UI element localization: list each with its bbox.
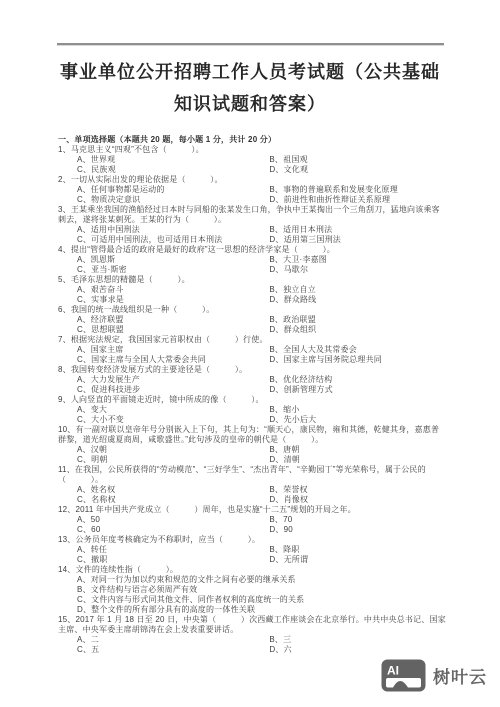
header-divider	[57, 43, 444, 46]
question-list: 1、马克思主义“四观”不包含（ ）。A、世界观B、祖国观C、民族观D、文化观2、…	[58, 145, 447, 655]
option: C、名称权	[77, 495, 269, 505]
option-row: C、大小不变D、先小后大	[58, 415, 447, 425]
question: 12、2011 年中国共产党成立（ ）周年，也是实施“十二五”规划的开局之年。A…	[58, 505, 447, 535]
option: B、三	[269, 635, 447, 645]
option: B、祖国观	[269, 155, 447, 165]
option: D、创新管理方式	[269, 385, 447, 395]
option: A、姓名权	[77, 485, 269, 495]
question: 14、文件的连续性指（ ）。A、对同一行为加以约束和规范的文件之间有必要的继承关…	[58, 565, 447, 615]
question-text: 14、文件的连续性指（ ）。	[58, 565, 447, 575]
watermark-brand: 树叶云	[433, 663, 487, 688]
watermark-logo-text: AI	[387, 664, 399, 678]
page-title-line2: 知识试题和答案）	[174, 94, 326, 114]
option-row: C、五D、六	[58, 645, 447, 655]
option: B、优化经济结构	[269, 375, 447, 385]
option: B、政治联盟	[269, 315, 447, 325]
page-title: 事业单位公开招聘工作人员考试题（公共基础知识试题和答案）	[30, 56, 470, 120]
option: A、艰苦奋斗	[77, 285, 269, 295]
option: B、缩小	[269, 405, 447, 415]
option: D、前进性和曲折性辩证关系原理	[269, 195, 447, 205]
question-text: 9、人向竖直的平面镜走近时，镜中所成的像（ ）。	[58, 395, 447, 405]
option: C、民族观	[77, 165, 269, 175]
option: C、撤职	[77, 555, 269, 565]
option: B、大卫·李嘉图	[269, 255, 447, 265]
option: D、清朝	[269, 455, 447, 465]
option: C、实事求是	[77, 295, 269, 305]
question: 10、有一副对联以皇帝年号分别嵌入上下句，其上句为：“顺天心，康民物，雍和其德，…	[58, 425, 447, 465]
option: C、60	[77, 525, 269, 535]
option: C、五	[77, 645, 269, 655]
option-row: A、适用中国刑法B、适用日本刑法	[58, 225, 447, 235]
option-row: A、汉朝B、唐朝	[58, 445, 447, 455]
exam-content: 一、单项选择题（本题共 20 题，每小题 1 分，共计 20 分） 1、马克思主…	[58, 135, 447, 655]
option: A、变大	[77, 405, 269, 415]
option-row: C、思想联盟D、群众组织	[58, 325, 447, 335]
option: B、唐朝	[269, 445, 447, 455]
option: C、大小不变	[77, 415, 269, 425]
section-heading: 一、单项选择题（本题共 20 题，每小题 1 分，共计 20 分）	[58, 135, 447, 145]
option-row: C、可适用中国刑法，也可适用日本刑法D、适用第三国刑法	[58, 235, 447, 245]
option: C、文件内容与形式同其他文件、同作者权利的高度统一的关系	[58, 595, 447, 605]
question: 5、毛泽东思想的精髓是（ ）。A、艰苦奋斗B、独立自立C、实事求是D、群众路线	[58, 275, 447, 305]
question-text: 11、在我国，公民所获得的“劳动模范”、“三好学生”、“杰出青年”、“辛勤园丁”…	[58, 465, 447, 485]
question-text: 10、有一副对联以皇帝年号分别嵌入上下句，其上句为：“顺天心，康民物，雍和其德，…	[58, 425, 447, 445]
option: D、群众组织	[269, 325, 447, 335]
option: D、文化观	[269, 165, 447, 175]
option: A、50	[77, 515, 269, 525]
question: 13、公务员年度考核确定为不称职时，应当（ ）。A、转任B、降职C、撤职D、无所…	[58, 535, 447, 565]
question-text: 6、我国的统一战线组织是一种（ ）。	[58, 305, 447, 315]
page-title-line1: 事业单位公开招聘工作人员考试题（公共基础	[60, 62, 440, 82]
option-row: A、经济联盟B、政治联盟	[58, 315, 447, 325]
option: C、明朝	[77, 455, 269, 465]
option: C、思想联盟	[77, 325, 269, 335]
option-row: A、凯恩斯B、大卫·李嘉图	[58, 255, 447, 265]
option: B、适用日本刑法	[269, 225, 447, 235]
question: 6、我国的统一战线组织是一种（ ）。A、经济联盟B、政治联盟C、思想联盟D、群众…	[58, 305, 447, 335]
question-text: 12、2011 年中国共产党成立（ ）周年，也是实施“十二五”规划的开局之年。	[58, 505, 447, 515]
exam-document-page: 事业单位公开招聘工作人员考试题（公共基础知识试题和答案） 一、单项选择题（本题共…	[0, 0, 500, 707]
option: D、90	[269, 525, 447, 535]
option-row: C、民族观D、文化观	[58, 165, 447, 175]
option: A、大力发展生产	[77, 375, 269, 385]
option-row: C、名称权D、肖像权	[58, 495, 447, 505]
option: A、经济联盟	[77, 315, 269, 325]
question: 11、在我国，公民所获得的“劳动模范”、“三好学生”、“杰出青年”、“辛勤园丁”…	[58, 465, 447, 505]
question: 15、2017 年 1 月 18 日至 20 日，中央第（ ）次西藏工作座谈会在…	[58, 615, 447, 655]
option: C、可适用中国刑法，也可适用日本刑法	[77, 235, 269, 245]
option-row: A、任何事物都是运动的B、事物的普遍联系和发展变化原理	[58, 185, 447, 195]
option: D、国家主席与国务院总理共同	[269, 355, 447, 365]
option-row: A、二B、三	[58, 635, 447, 645]
option-row: C、实事求是D、群众路线	[58, 295, 447, 305]
option: A、世界观	[77, 155, 269, 165]
question-text: 5、毛泽东思想的精髓是（ ）。	[58, 275, 447, 285]
option: A、汉朝	[77, 445, 269, 455]
option: A、对同一行为加以约束和规范的文件之间有必要的继承关系	[58, 575, 447, 585]
option-row: A、转任B、降职	[58, 545, 447, 555]
option: B、文件结构与语言必须周严有效	[58, 585, 447, 595]
option: D、无所谓	[269, 555, 447, 565]
question-text: 15、2017 年 1 月 18 日至 20 日，中央第（ ）次西藏工作座谈会在…	[58, 615, 447, 635]
option: B、70	[269, 515, 447, 525]
option: D、先小后大	[269, 415, 447, 425]
option-row: A、姓名权B、荣誉权	[58, 485, 447, 495]
question-text: 3、王某乘坐我国的渔船经过日本时与同船的张某发生口角，争执中王某掏出一个三角刮刀…	[58, 205, 447, 225]
question-text: 13、公务员年度考核确定为不称职时，应当（ ）。	[58, 535, 447, 545]
option-row: C、撤职D、无所谓	[58, 555, 447, 565]
question-text: 4、提出“管得最合适的政府是最好的政府”这一思想的经济学家是（ ）。	[58, 245, 447, 255]
question: 7、根据宪法规定，我国国家元首职权由（ ）行使。A、国家主席B、全国人大及其常委…	[58, 335, 447, 365]
option: A、凯恩斯	[77, 255, 269, 265]
option-row: A、50B、70	[58, 515, 447, 525]
option-row: C、促进科技进步D、创新管理方式	[58, 385, 447, 395]
option: C、物质决定意识	[77, 195, 269, 205]
option-row: C、物质决定意识D、前进性和曲折性辩证关系原理	[58, 195, 447, 205]
question: 1、马克思主义“四观”不包含（ ）。A、世界观B、祖国观C、民族观D、文化观	[58, 145, 447, 175]
option-row: A、大力发展生产B、优化经济结构	[58, 375, 447, 385]
option-row: A、国家主席B、全国人大及其常委会	[58, 345, 447, 355]
option: A、二	[77, 635, 269, 645]
option: D、适用第三国刑法	[269, 235, 447, 245]
option: D、肖像权	[269, 495, 447, 505]
question-text: 8、我国转变经济发展方式的主要途径是（ ）。	[58, 365, 447, 375]
option: D、群众路线	[269, 295, 447, 305]
question: 8、我国转变经济发展方式的主要途径是（ ）。A、大力发展生产B、优化经济结构C、…	[58, 365, 447, 395]
option-row: C、国家主席与全国人大常委会共同D、国家主席与国务院总理共同	[58, 355, 447, 365]
option-row: C、亚当·斯密D、马歇尔	[58, 265, 447, 275]
watermark: AI 树叶云	[381, 659, 487, 692]
option-row: C、明朝D、清朝	[58, 455, 447, 465]
question: 4、提出“管得最合适的政府是最好的政府”这一思想的经济学家是（ ）。A、凯恩斯B…	[58, 245, 447, 275]
option: A、适用中国刑法	[77, 225, 269, 235]
option-row: A、变大B、缩小	[58, 405, 447, 415]
option: D、整个文件的所有部分具有的高度的一体性关联	[58, 605, 447, 615]
question-text: 7、根据宪法规定，我国国家元首职权由（ ）行使。	[58, 335, 447, 345]
option: D、六	[269, 645, 447, 655]
option: B、荣誉权	[269, 485, 447, 495]
option: C、促进科技进步	[77, 385, 269, 395]
question: 9、人向竖直的平面镜走近时，镜中所成的像（ ）。A、变大B、缩小C、大小不变D、…	[58, 395, 447, 425]
question-text: 2、一切从实际出发的理论依据是（ ）。	[58, 175, 447, 185]
option: A、国家主席	[77, 345, 269, 355]
ai-image-logo-icon: AI	[381, 659, 426, 692]
option-row: C、60D、90	[58, 525, 447, 535]
option-row: A、艰苦奋斗B、独立自立	[58, 285, 447, 295]
option: D、马歇尔	[269, 265, 447, 275]
option-row: A、世界观B、祖国观	[58, 155, 447, 165]
option: A、任何事物都是运动的	[77, 185, 269, 195]
option: C、国家主席与全国人大常委会共同	[77, 355, 269, 365]
option: A、转任	[77, 545, 269, 555]
question: 2、一切从实际出发的理论依据是（ ）。A、任何事物都是运动的B、事物的普遍联系和…	[58, 175, 447, 205]
option: C、亚当·斯密	[77, 265, 269, 275]
question-text: 1、马克思主义“四观”不包含（ ）。	[58, 145, 447, 155]
option: B、事物的普遍联系和发展变化原理	[269, 185, 447, 195]
option: B、全国人大及其常委会	[269, 345, 447, 355]
question: 3、王某乘坐我国的渔船经过日本时与同船的张某发生口角，争执中王某掏出一个三角刮刀…	[58, 205, 447, 245]
option: B、降职	[269, 545, 447, 555]
option: B、独立自立	[269, 285, 447, 295]
